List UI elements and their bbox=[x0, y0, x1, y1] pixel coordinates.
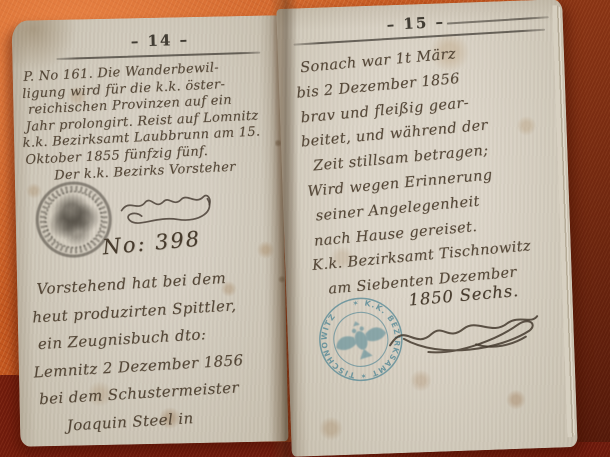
page-number-15: – 15 – bbox=[277, 7, 564, 40]
header-rule-left bbox=[56, 52, 260, 60]
page-number-14: – 14 – bbox=[12, 28, 280, 54]
signature-flourish-right bbox=[378, 290, 549, 374]
page-15: – 15 – Sonach war 1t März bis 2 Dezember… bbox=[276, 0, 577, 457]
photo-of-open-booklet: – 14 – P. No 161. Die Wanderbewil- ligun… bbox=[0, 0, 610, 457]
page-14: – 14 – P. No 161. Die Wanderbewil- ligun… bbox=[12, 15, 289, 447]
handwritten-entry-15: Sonach war 1t März bis 2 Dezember 1856 b… bbox=[293, 37, 534, 304]
handwritten-entry-161: P. No 161. Die Wanderbewil- ligung wird … bbox=[23, 58, 262, 185]
handwritten-entry-398: Vorstehend hat bei dem heut produzirten … bbox=[28, 264, 248, 441]
